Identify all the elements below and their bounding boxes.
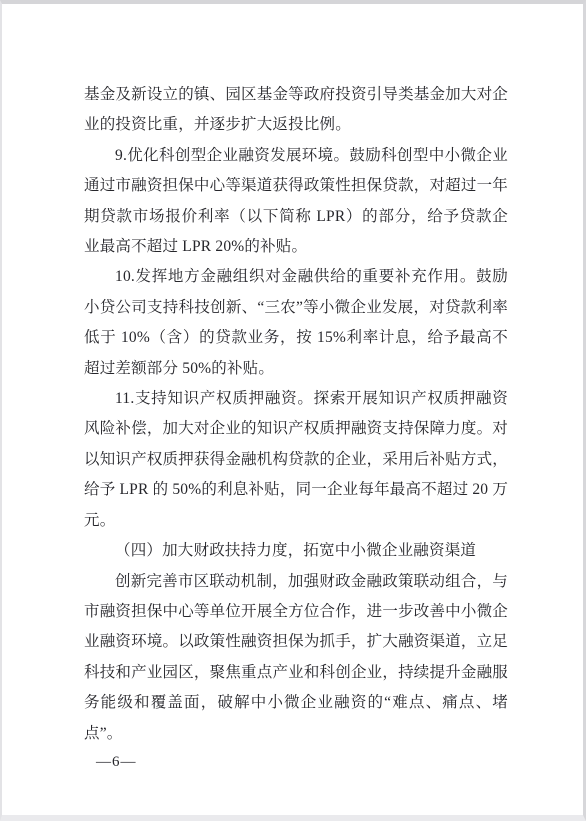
body-paragraph-item-9: 9.优化科创型企业融资发展环境。鼓励科创型中小微企业通过市融资担保中心等渠道获得… [84,141,508,263]
page-number: —6— [96,754,137,771]
closing-paragraph: 创新完善市区联动机制，加强财政金融政策联动组合，与市融资担保中心等单位开展全方位… [84,567,508,749]
body-paragraph-item-10: 10.发挥地方金融组织对金融供给的重要补充作用。鼓励小贷公司支持科技创新、“三农… [84,262,508,384]
document-page: 基金及新设立的镇、园区基金等政府投资引导类基金加大对企业的投资比重，并逐步扩大返… [0,0,586,821]
section-heading: （四）加大财政扶持力度，拓宽中小微企业融资渠道 [84,536,508,566]
body-paragraph-continuation: 基金及新设立的镇、园区基金等政府投资引导类基金加大对企业的投资比重，并逐步扩大返… [84,80,508,141]
body-paragraph-item-11: 11.支持知识产权质押融资。探索开展知识产权质押融资风险补偿，加大对企业的知识产… [84,384,508,536]
document-body: 基金及新设立的镇、园区基金等政府投资引导类基金加大对企业的投资比重，并逐步扩大返… [84,80,508,749]
